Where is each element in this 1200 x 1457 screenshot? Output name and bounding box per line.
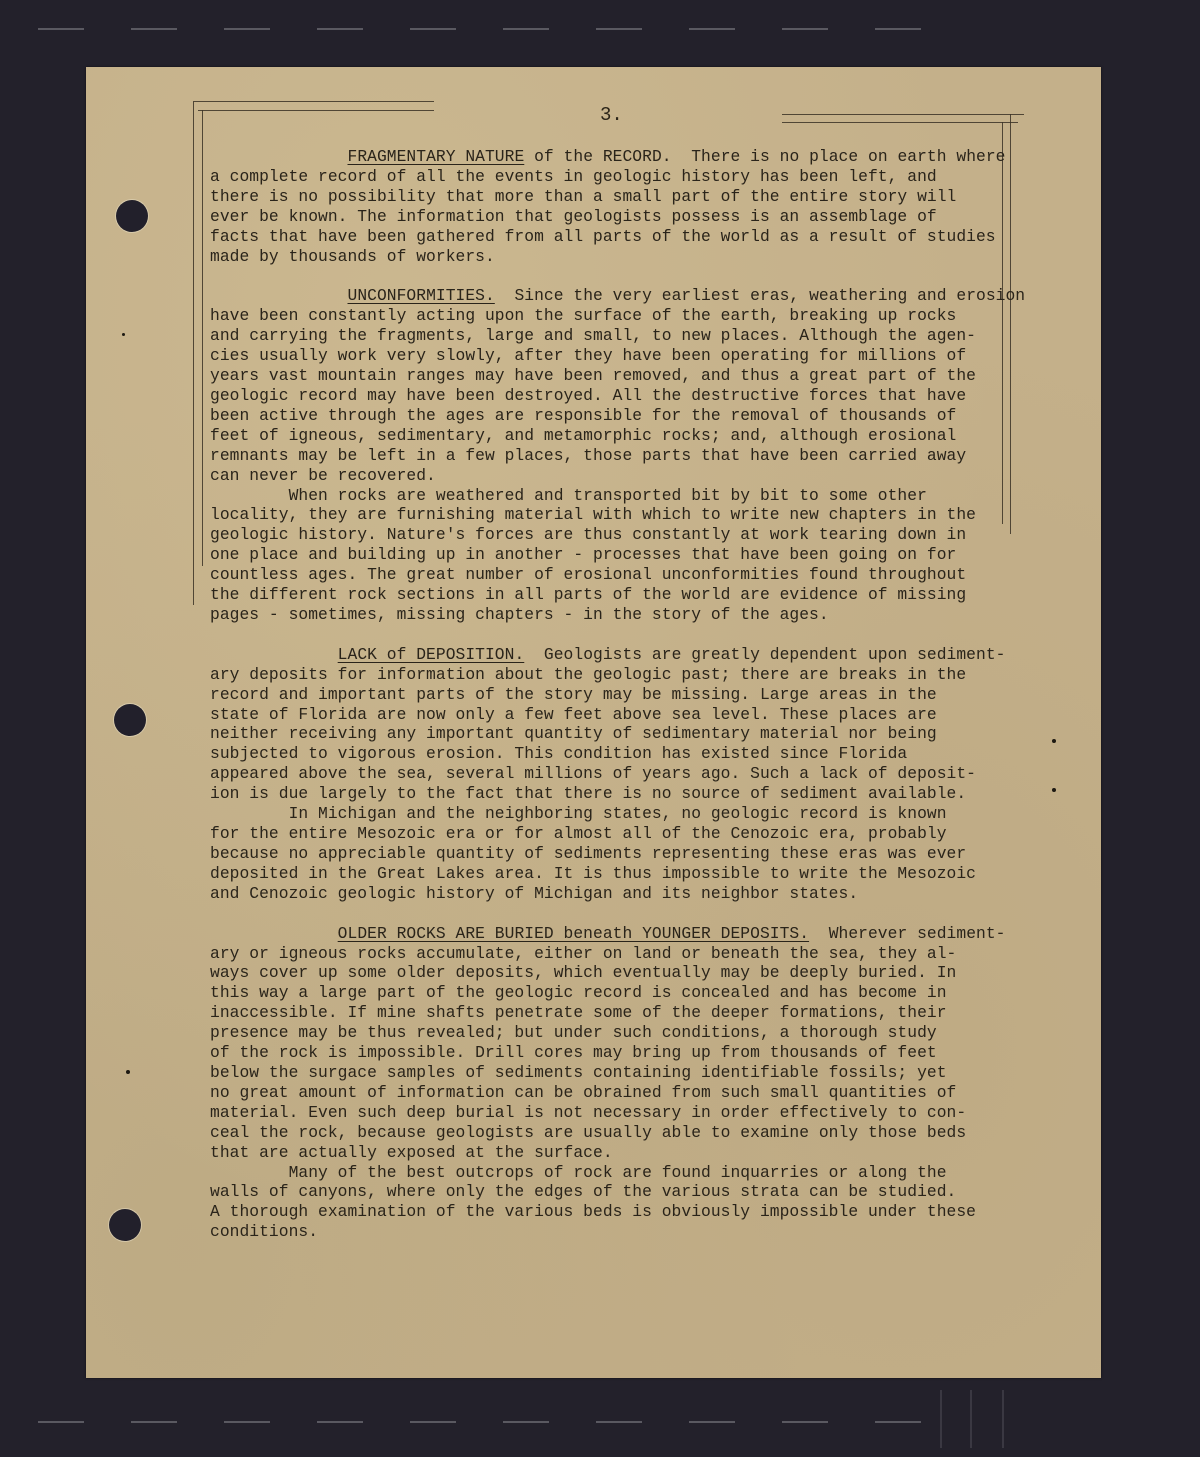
text-line: appeared above the sea, several millions… xyxy=(210,764,1040,784)
frame-top-left-rule-1 xyxy=(194,101,434,102)
punch-hole-middle xyxy=(114,704,146,736)
text-line: countless ages. The great number of eros… xyxy=(210,565,1040,585)
section-lack-of-deposition: LACK of DEPOSITION. Geologists are great… xyxy=(210,645,1040,904)
text-line: geologic history. Nature's forces are th… xyxy=(210,525,1040,545)
text-line: and carrying the fragments, large and sm… xyxy=(210,326,1040,346)
section-heading: LACK of DEPOSITION. xyxy=(338,645,525,664)
text-line: facts that have been gathered from all p… xyxy=(210,227,1040,247)
text-line: In Michigan and the neighboring states, … xyxy=(210,804,1040,824)
text-line: feet of igneous, sedimentary, and metamo… xyxy=(210,426,1040,446)
paragraph: UNCONFORMITIES. Since the very earliest … xyxy=(210,286,1040,306)
text-line: presence may be thus revealed; but under… xyxy=(210,1023,1040,1043)
text-line: can never be recovered. xyxy=(210,466,1040,486)
text-line: subjected to vigorous erosion. This cond… xyxy=(210,744,1040,764)
text-line: below the surgace samples of sediments c… xyxy=(210,1063,1040,1083)
text-line: neither receiving any important quantity… xyxy=(210,724,1040,744)
frame-top-right-rule-2 xyxy=(782,122,1018,123)
text-line: locality, they are furnishing material w… xyxy=(210,505,1040,525)
text-line: ary deposits for information about the g… xyxy=(210,665,1040,685)
frame-left-rule-inner xyxy=(202,110,203,566)
text-line: there is no possibility that more than a… xyxy=(210,187,1040,207)
text-line: of the rock is impossible. Drill cores m… xyxy=(210,1043,1040,1063)
section-unconformities: UNCONFORMITIES. Since the very earliest … xyxy=(210,286,1040,624)
paragraph: LACK of DEPOSITION. Geologists are great… xyxy=(210,645,1040,665)
text-line: that are actually exposed at the surface… xyxy=(210,1143,1040,1163)
text-line: conditions. xyxy=(210,1222,1040,1242)
text-line: pages - sometimes, missing chapters - in… xyxy=(210,605,1040,625)
text-line: ary or igneous rocks accumulate, either … xyxy=(210,944,1040,964)
section-heading: OLDER ROCKS ARE BURIED beneath YOUNGER D… xyxy=(338,924,809,943)
text-line: a complete record of all the events in g… xyxy=(210,167,1040,187)
text-line: been active through the ages are respons… xyxy=(210,406,1040,426)
text-line: cies usually work very slowly, after the… xyxy=(210,346,1040,366)
section-heading: UNCONFORMITIES. xyxy=(348,286,495,305)
page-number: 3. xyxy=(600,104,623,126)
paragraph: OLDER ROCKS ARE BURIED beneath YOUNGER D… xyxy=(210,924,1040,944)
text-line: ion is due largely to the fact that ther… xyxy=(210,784,1040,804)
text-line: material. Even such deep burial is not n… xyxy=(210,1103,1040,1123)
ink-speck xyxy=(126,1070,130,1074)
text-line: made by thousands of workers. xyxy=(210,247,1040,267)
typed-page: 3. FRAGMENTARY NATURE of the RECORD. The… xyxy=(86,67,1101,1378)
ink-speck xyxy=(1052,739,1056,743)
ink-speck xyxy=(122,333,125,336)
punch-hole-bottom xyxy=(109,1209,141,1241)
frame-top-right-rule-1 xyxy=(782,114,1024,115)
text-line: have been constantly acting upon the sur… xyxy=(210,306,1040,326)
text-line: Many of the best outcrops of rock are fo… xyxy=(210,1163,1040,1183)
section-fragmentary-nature: FRAGMENTARY NATURE of the RECORD. There … xyxy=(210,147,1040,266)
scanner-guide-bottom xyxy=(0,1421,1200,1423)
page-body: FRAGMENTARY NATURE of the RECORD. There … xyxy=(210,147,1040,1242)
frame-left-rule-outer xyxy=(193,101,194,605)
text-line: state of Florida are now only a few feet… xyxy=(210,705,1040,725)
text-line: no great amount of information can be ob… xyxy=(210,1083,1040,1103)
section-older-rocks-buried: OLDER ROCKS ARE BURIED beneath YOUNGER D… xyxy=(210,924,1040,1243)
text-line: for the entire Mesozoic era or for almos… xyxy=(210,824,1040,844)
text-line: one place and building up in another - p… xyxy=(210,545,1040,565)
text-line: When rocks are weathered and transported… xyxy=(210,486,1040,506)
text-line: years vast mountain ranges may have been… xyxy=(210,366,1040,386)
text-line: this way a large part of the geologic re… xyxy=(210,983,1040,1003)
text-line: ceal the rock, because geologists are us… xyxy=(210,1123,1040,1143)
text-line: record and important parts of the story … xyxy=(210,685,1040,705)
ink-speck xyxy=(1052,788,1056,792)
text-line: walls of canyons, where only the edges o… xyxy=(210,1182,1040,1202)
text-line: because no appreciable quantity of sedim… xyxy=(210,844,1040,864)
paragraph: FRAGMENTARY NATURE of the RECORD. There … xyxy=(210,147,1040,167)
scanner-guide-top xyxy=(0,28,1200,30)
section-heading: FRAGMENTARY NATURE xyxy=(348,147,525,166)
text-line: A thorough examination of the various be… xyxy=(210,1202,1040,1222)
text-line: inaccessible. If mine shafts penetrate s… xyxy=(210,1003,1040,1023)
text-line: ever be known. The information that geol… xyxy=(210,207,1040,227)
text-line: and Cenozoic geologic history of Michiga… xyxy=(210,884,1040,904)
frame-top-left-rule-2 xyxy=(198,110,434,111)
text-line: remnants may be left in a few places, th… xyxy=(210,446,1040,466)
text-line: geologic record may have been destroyed.… xyxy=(210,386,1040,406)
scanner-bracket-marks xyxy=(940,1390,1020,1450)
text-line: ways cover up some older deposits, which… xyxy=(210,963,1040,983)
text-line: deposited in the Great Lakes area. It is… xyxy=(210,864,1040,884)
punch-hole-top xyxy=(116,200,148,232)
text-line: the different rock sections in all parts… xyxy=(210,585,1040,605)
